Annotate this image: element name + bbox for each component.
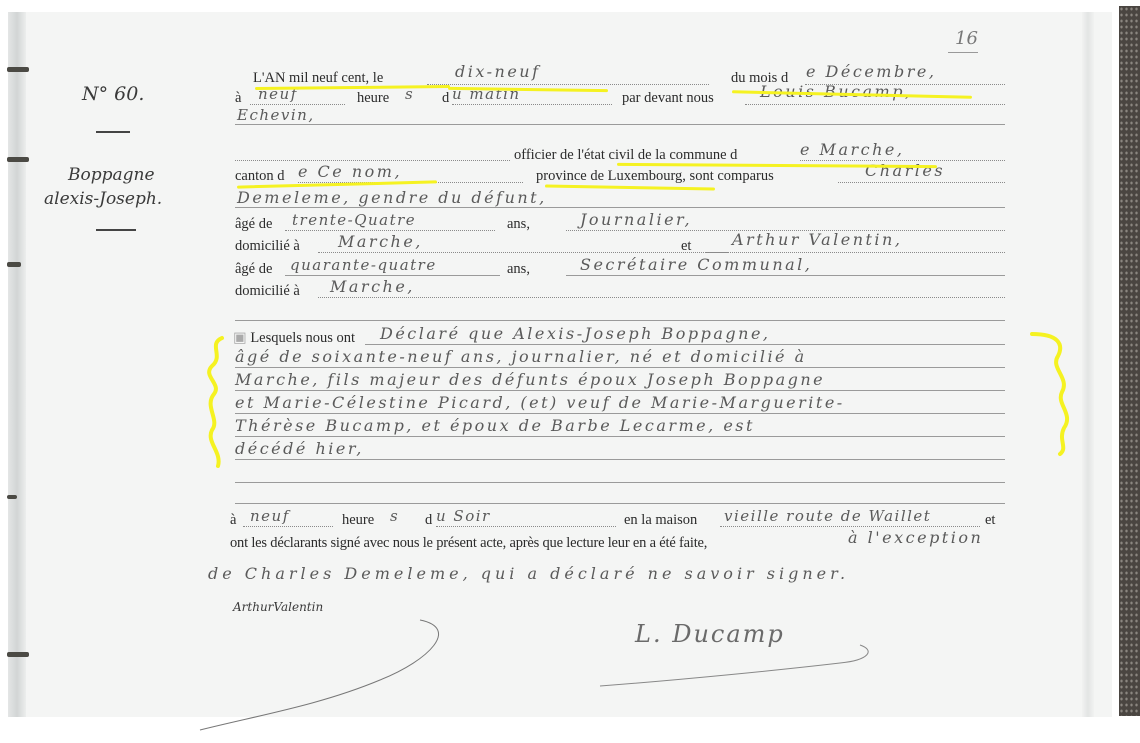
annotation-overlay (0, 0, 1140, 743)
left-bracket-highlight (209, 338, 222, 466)
signature-underline (600, 645, 868, 686)
right-bracket-highlight (1032, 334, 1067, 454)
signature-flourish (200, 620, 439, 730)
